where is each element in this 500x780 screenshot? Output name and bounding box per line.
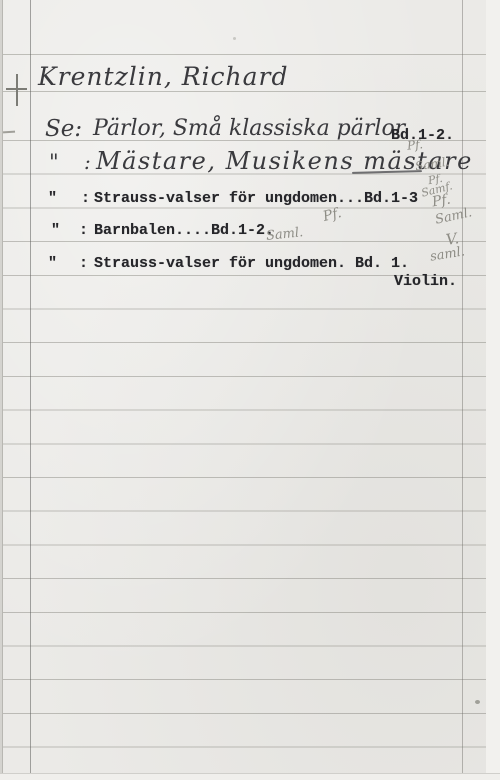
card-edge-left (0, 0, 3, 780)
margin-dash (3, 131, 15, 133)
plus-mark (6, 74, 28, 106)
entry-3-text: Barnbalen....Bd.1-2. (94, 223, 274, 238)
entry-4-subtitle: Violin. (394, 274, 457, 289)
pencil-note-pf-1: Pf. (406, 138, 423, 152)
pencil-note-saml-3: Saml. (265, 226, 303, 243)
entry-2-text: Strauss-valser för ungdomen...Bd.1-3 (94, 191, 418, 206)
entry-0-marker: Se: (45, 118, 82, 141)
entry-0-text: Pärlor, Små klassiska pärlor (93, 118, 405, 140)
margin-line-left (30, 0, 31, 780)
paper-speck (475, 700, 480, 704)
card-heading: Krentzlin, Richard (38, 64, 289, 89)
entry-1-ditto-mark: " (49, 152, 59, 173)
entry-4-ditto-mark: " (48, 256, 57, 271)
entry-4-colon: : (79, 256, 88, 271)
paper-speck-small (233, 37, 236, 40)
ruled-line-top (0, 54, 488, 55)
entry-4-text: Strauss-valser för ungdomen. Bd. 1. (94, 256, 409, 271)
pencil-note-pf-4: Pf. (322, 206, 343, 224)
card-edge-right (486, 0, 500, 780)
plus-mark-horizontal (6, 88, 27, 90)
pencil-note-pf-3: Pf. (431, 192, 452, 209)
catalog-card: Krentzlin, Richard Se: Pärlor, Små klass… (0, 0, 500, 780)
plus-mark-vertical (16, 74, 18, 106)
entry-2-colon: : (81, 191, 90, 206)
card-edge-bottom (0, 773, 500, 780)
entry-3-ditto-mark: " (51, 223, 60, 238)
entry-3-colon: : (79, 223, 88, 238)
entry-1-colon: : (84, 152, 91, 172)
entry-2-ditto-mark: " (48, 191, 57, 206)
ruled-line-header (0, 91, 488, 92)
margin-line-right (462, 0, 463, 780)
